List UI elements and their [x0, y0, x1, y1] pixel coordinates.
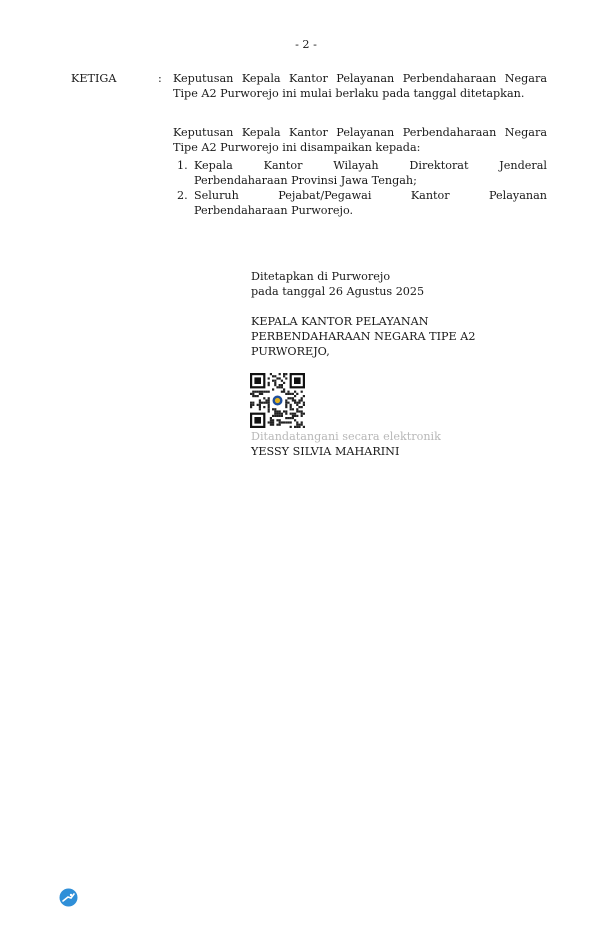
section-colon: : — [158, 71, 162, 86]
signatory-title-line: PURWOREJO, — [251, 344, 475, 359]
recipient-line: Perbendaharaan Provinsi Jawa Tengah; — [194, 174, 417, 187]
recipient-item: 1. Kepala Kantor Wilayah Direktorat Jend… — [173, 158, 547, 188]
signature-place-date: Ditetapkan di Purworejo pada tanggal 26 … — [251, 269, 424, 299]
distribution-intro: Keputusan Kepala Kantor Pelayanan Perben… — [173, 125, 547, 155]
recipient-list: 1. Kepala Kantor Wilayah Direktorat Jend… — [173, 158, 547, 218]
signatory-title: KEPALA KANTOR PELAYANAN PERBENDAHARAAN N… — [251, 314, 475, 359]
signature-place: Ditetapkan di Purworejo — [251, 269, 424, 284]
signatory-title-line: KEPALA KANTOR PELAYANAN — [251, 314, 475, 329]
signatory-title-line: PERBENDAHARAAN NEGARA TIPE A2 — [251, 329, 475, 344]
recipient-item: 2. Seluruh Pejabat/Pegawai Kantor Pelaya… — [173, 188, 547, 218]
recipient-number: 2. — [177, 188, 188, 203]
recipient-line: Seluruh Pejabat/Pegawai Kantor Pelayanan — [194, 188, 547, 203]
recipient-line: Perbendaharaan Purworejo. — [194, 204, 353, 217]
page-number: - 2 - — [0, 37, 612, 52]
signature-date: pada tanggal 26 Agustus 2025 — [251, 284, 424, 299]
recipient-number: 1. — [177, 158, 188, 173]
recipient-line: Kepala Kantor Wilayah Direktorat Jendera… — [194, 158, 547, 173]
ketiga-text: Keputusan Kepala Kantor Pelayanan Perben… — [173, 71, 547, 101]
section-label-ketiga: KETIGA — [71, 71, 116, 86]
qr-code-icon — [250, 373, 305, 428]
e-sign-note: Ditandatangani secara elektronik — [251, 429, 441, 444]
footer-logo-icon — [59, 888, 78, 907]
signer-name: YESSY SILVIA MAHARINI — [251, 444, 399, 459]
